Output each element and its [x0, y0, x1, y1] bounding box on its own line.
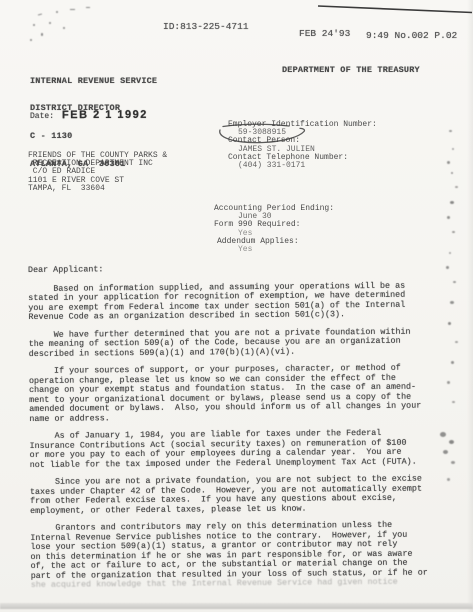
scan-noise — [455, 341, 458, 343]
letter-body: Dear Applicant: Based on information sup… — [28, 262, 463, 590]
scan-noise — [446, 266, 449, 269]
scan-noise — [451, 172, 453, 174]
body-paragraph: We have further determined that you are … — [29, 327, 461, 359]
fax-time-page: 9:49 No.002 P.02 — [366, 30, 457, 41]
scan-noise — [452, 148, 454, 150]
scan-noise — [450, 301, 454, 304]
fax-date: FEB 24'93 — [299, 28, 350, 39]
contact-details-block: Employer Identification Number: 59-30889… — [228, 121, 377, 170]
cutoff-last-line: she acquired knowledge that the Internal… — [31, 577, 463, 590]
pencil-mark — [30, 39, 32, 41]
scan-noise — [455, 186, 458, 188]
ein-value: 59-3088915 — [228, 129, 377, 137]
department-title: DEPARTMENT OF THE TREASURY — [282, 66, 420, 75]
scan-noise — [452, 231, 455, 233]
form-990-label: Form 990 Required: — [214, 221, 334, 229]
body-paragraph: Since you are not a private foundation, … — [30, 474, 462, 516]
scan-noise — [451, 361, 454, 364]
body-paragraph: Grantors and contributors may rely on th… — [30, 520, 462, 581]
scan-noise — [447, 216, 450, 219]
scan-noise — [443, 450, 448, 454]
paper-edge-line — [318, 6, 472, 13]
pencil-mark — [49, 22, 51, 24]
accounting-period-value: June 30 — [214, 213, 334, 221]
scan-noise — [440, 432, 446, 437]
scan-noise — [448, 322, 451, 325]
pencil-mark — [56, 11, 58, 13]
pencil-mark — [63, 27, 65, 29]
pencil-mark — [86, 7, 90, 8]
scan-noise — [447, 478, 450, 481]
fax-id-number: ID:813-225-4711 — [163, 21, 249, 32]
scan-noise — [450, 201, 454, 204]
scan-noise — [453, 281, 456, 283]
scan-noise — [449, 130, 452, 132]
form-990-value: Yes — [214, 230, 334, 238]
pencil-mark — [33, 24, 35, 26]
body-paragraph: If your sources of support, or your purp… — [29, 363, 461, 424]
addendum-value: Yes — [214, 246, 334, 254]
scan-noise — [452, 401, 455, 403]
sender-line: C - 1130 — [30, 132, 157, 141]
addendum-label: Addendum Applies: — [214, 238, 334, 246]
salutation: Dear Applicant: — [28, 262, 460, 275]
pencil-mark — [41, 33, 43, 36]
pencil-mark — [70, 9, 75, 10]
scanned-irs-determination-letter: ID:813-225-4711 FEB 24'93 9:49 No.002 P.… — [0, 0, 473, 612]
scan-bottom-edge — [0, 603, 473, 609]
scan-noise — [451, 461, 455, 464]
filing-details-block: Accounting Period Ending: June 30 Form 9… — [214, 205, 334, 254]
contact-phone-value: (404) 331-0171 — [228, 162, 377, 170]
date-stamp: FEB 2 1 1992 — [62, 109, 148, 121]
sender-line: INTERNAL REVENUE SERVICE — [30, 77, 157, 86]
scan-noise — [447, 161, 450, 164]
body-paragraph: As of January 1, 1984, you are liable fo… — [29, 428, 461, 470]
scan-edge-shade — [467, 0, 473, 612]
accounting-period-label: Accounting Period Ending: — [214, 205, 334, 213]
recipient-line: TAMPA, FL 33604 — [28, 185, 167, 193]
contact-person-value: JAMES ST. JULIEN — [228, 146, 377, 154]
body-paragraph: Based on information supplied, and assum… — [28, 281, 460, 323]
scan-noise — [449, 440, 454, 444]
scan-noise — [447, 381, 450, 384]
scan-noise — [449, 252, 451, 254]
pencil-mark — [38, 14, 42, 16]
recipient-address-block: FRIENDS OF THE COUNTY PARKS & RECREATION… — [28, 152, 167, 193]
date-label: Date: — [30, 113, 54, 121]
